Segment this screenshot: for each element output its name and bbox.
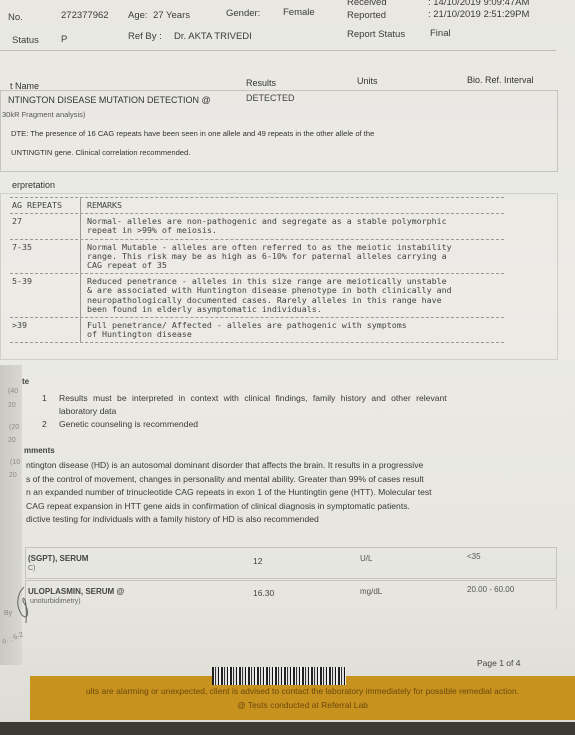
comments-title: mments (24, 446, 55, 455)
comment-line: n an expanded number of trinucleotide CA… (26, 486, 432, 500)
remark-line: been found in elderly asymptomatic indiv… (87, 305, 498, 314)
notes-title: te (22, 377, 29, 386)
reported-label: Reported (347, 10, 386, 21)
main-test-result: DETECTED (246, 93, 295, 103)
margin-mark: By (4, 610, 12, 617)
remarks-value: Reduced penetrance - alleles in this siz… (81, 274, 504, 317)
interpretation-header-row: AG REPEATS REMARKS (10, 197, 504, 213)
header-remarks: REMARKS (81, 198, 504, 213)
report-status-value: Final (430, 28, 451, 39)
report-status-label: Report Status (347, 29, 405, 40)
test-method: C) (28, 565, 35, 572)
interpretation-row: 7-35 Normal Mutable - alleles are often … (10, 239, 504, 274)
remark-line: CAG repeat of 35 (87, 261, 498, 270)
main-test-note-line1: DTE: The presence of 16 CAG repeats have… (11, 129, 374, 138)
repeats-value: >39 (10, 318, 81, 342)
background-surface (0, 722, 575, 735)
test-units: mg/dL (360, 587, 382, 596)
status-value: P (61, 34, 67, 45)
remarks-value: Normal Mutable - alleles are often refer… (81, 240, 504, 274)
age-label: Age: (128, 10, 148, 21)
signature-icon (14, 585, 32, 625)
margin-mark: 20 (9, 472, 17, 479)
interpretation-row: 5-39 Reduced penetrance - alleles in thi… (10, 273, 504, 317)
footer-referral-text: @ Tests conducted at Referral Lab (30, 700, 575, 710)
margin-mark: (20 (9, 424, 19, 431)
margin-mark: 20 (8, 437, 16, 444)
received-value: : 14/10/2019 9:09:47AM (428, 0, 529, 8)
margin-mark: 20 (8, 402, 16, 409)
footer-warning-text: ults are alarming or unexpected, client … (30, 686, 575, 696)
comment-line: ntington disease (HD) is an autosomal do… (26, 459, 432, 473)
test-name: (SGPT), SERUM (28, 554, 88, 563)
margin-mark: (40 (8, 388, 18, 395)
gender-label: Gender: (226, 8, 260, 19)
page-number: Page 1 of 4 (477, 658, 520, 668)
comment-line: s of the control of movement, changes in… (26, 473, 432, 487)
comment-line: CAG repeat expansion in HTT gene aids in… (26, 500, 432, 514)
remark-line: of Huntington disease (87, 330, 498, 339)
test-method: unoturbidimetry) (30, 598, 81, 605)
reported-value: : 21/10/2019 2:51:29PM (428, 9, 529, 20)
comment-line: dictive testing for individuals with a f… (26, 513, 432, 527)
test-ref-interval: <35 (467, 552, 481, 561)
interpretation-row: 27 Normal- alleles are non-pathogenic an… (10, 213, 504, 238)
column-results: Results (246, 78, 276, 88)
lab-no-label: No. (8, 12, 23, 23)
repeats-value: 7-35 (10, 240, 81, 274)
main-test-name: NTINGTON DISEASE MUTATION DETECTION @ (8, 95, 211, 105)
test-units: U/L (360, 554, 372, 563)
column-bio-ref: Bio. Ref. Interval (467, 75, 534, 85)
note-text: Results must be interpreted in context w… (59, 393, 447, 404)
note-text: Genetic counseling is recommended (59, 419, 198, 430)
remarks-value: Full penetrance/ Affected - alleles are … (81, 318, 504, 342)
interpretation-title: erpretation (12, 180, 55, 190)
column-units: Units (357, 76, 378, 86)
note-number: 1 (42, 393, 47, 404)
margin-mark: (10 (10, 459, 20, 466)
header-cag-repeats: AG REPEATS (10, 198, 81, 213)
lab-no-value: 272377962 (61, 10, 109, 21)
note-text: laboratory data (59, 406, 116, 417)
note-number: 2 (42, 419, 47, 430)
interpretation-row: >39 Full penetrance/ Affected - alleles … (10, 317, 504, 343)
test-name: ULOPLASMIN, SERUM @ (28, 587, 124, 596)
barcode-icon (212, 667, 346, 685)
comments-body: ntington disease (HD) is an autosomal do… (26, 459, 432, 527)
interpretation-table: AG REPEATS REMARKS 27 Normal- alleles ar… (10, 197, 504, 343)
status-label: Status (12, 35, 39, 46)
remark-line: repeat in >99% of meiosis. (87, 226, 498, 235)
ref-by-value: Dr. AKTA TRIVEDI (174, 31, 252, 42)
remarks-value: Normal- alleles are non-pathogenic and s… (81, 214, 504, 238)
test-ref-interval: 20.00 - 60.00 (467, 585, 514, 594)
repeats-value: 27 (10, 214, 81, 238)
received-label: Received (347, 0, 387, 8)
gender-value: Female (283, 7, 315, 18)
test-result: 12 (253, 556, 262, 566)
main-test-note-line2: UNTINGTIN gene. Clinical correlation rec… (11, 148, 190, 157)
repeats-value: 5-39 (10, 274, 81, 317)
age-value: 27 Years (153, 10, 190, 21)
ref-by-label: Ref By : (128, 31, 162, 42)
test-result: 16.30 (253, 588, 274, 598)
main-test-method: 30kR Fragment analysis) (2, 110, 85, 119)
